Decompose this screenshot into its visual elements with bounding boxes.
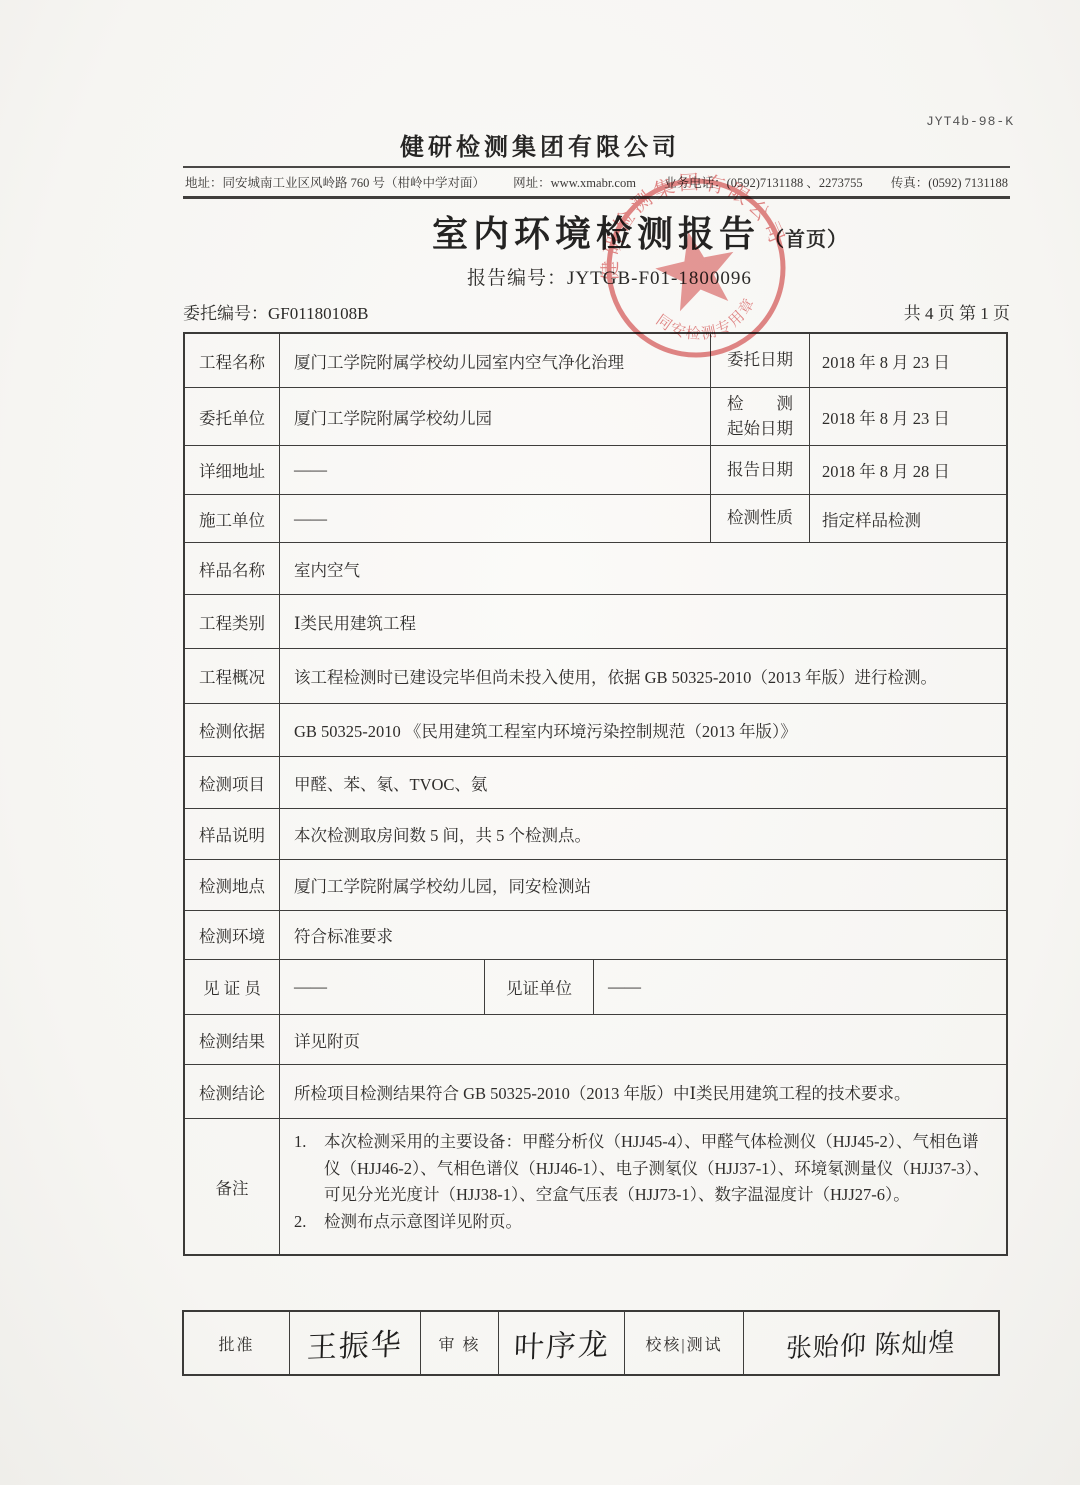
row-label: 委托单位 <box>185 388 280 445</box>
row-label: 详细地址 <box>185 446 280 494</box>
company-website: 网址：www.xmabr.com <box>513 173 636 191</box>
remark-number: 2. <box>294 1209 324 1236</box>
commission-number: 委托编号：GF01180108B <box>183 299 368 324</box>
check-signature: 张贻仰 陈灿煌 <box>786 1322 957 1365</box>
table-row-witness: 见 证 员 —— 见证单位 —— <box>185 959 1006 1014</box>
row-value: 厦门工学院附属学校幼儿园 <box>280 388 710 445</box>
remark-item: 2. 检测布点示意图详见附页。 <box>294 1209 990 1236</box>
row-value: 详见附页 <box>280 1015 1006 1064</box>
approve-label: 批准 <box>218 1332 254 1355</box>
row-right-label: 报告日期 <box>710 446 810 494</box>
table-row: 检测依据 GB 50325-2010 《民用建筑工程室内环境污染控制规范（201… <box>185 703 1006 756</box>
row-label: 样品名称 <box>185 543 280 594</box>
report-title-suffix: （首页） <box>764 229 848 251</box>
row-label: 检测结果 <box>185 1015 280 1064</box>
row-label: 见 证 员 <box>185 960 280 1014</box>
row-value: 符合标准要求 <box>280 911 1006 959</box>
row-label: 检测地点 <box>185 860 280 910</box>
witness-unit-value: —— <box>594 960 1006 1014</box>
row-value: 该工程检测时已建设完毕但尚未投入使用，依据 GB 50325-2010（2013… <box>280 649 1006 703</box>
report-title-main: 室内环境检测报告 <box>432 214 760 254</box>
table-row: 工程概况 该工程检测时已建设完毕但尚未投入使用，依据 GB 50325-2010… <box>185 648 1006 703</box>
row-right-value: 指定样品检测 <box>810 495 1006 542</box>
check-signature-cell: 张贻仰 陈灿煌 <box>743 1312 998 1374</box>
report-title: 室内环境检测报告 （首页） <box>0 206 1080 257</box>
row-value: 甲醛、苯、氡、TVOC、氨 <box>280 757 1006 808</box>
review-signature-cell: 叶序龙 <box>498 1312 624 1374</box>
table-row: 工程名称 厦门工学院附属学校幼儿园室内空气净化治理 委托日期 2018 年 8 … <box>185 334 1006 387</box>
row-label: 工程名称 <box>185 334 280 387</box>
signature-table: 批准 王振华 审 核 叶序龙 校核|测试 张贻仰 陈灿煌 <box>182 1310 1000 1376</box>
row-label: 施工单位 <box>185 495 280 542</box>
row-value: 本次检测取房间数 5 间，共 5 个检测点。 <box>280 809 1006 859</box>
table-row: 检测结果 详见附页 <box>185 1014 1006 1064</box>
row-value: 室内空气 <box>280 543 1006 594</box>
check-label-cell: 校核|测试 <box>624 1312 743 1374</box>
company-fax: 传真：(0592) 7131188 <box>891 173 1008 191</box>
page-count: 共 4 页 第 1 页 <box>904 299 1010 324</box>
row-right-label: 检测性质 <box>710 495 810 542</box>
remark-number: 1. <box>294 1129 324 1209</box>
table-row: 检测地点 厦门工学院附属学校幼儿园，同安检测站 <box>185 859 1006 910</box>
row-right-label: 委托日期 <box>710 334 810 387</box>
review-label-cell: 审 核 <box>420 1312 498 1374</box>
row-label: 检测项目 <box>185 757 280 808</box>
row-right-label-line1: 检 测 <box>727 392 793 417</box>
row-value: 厦门工学院附属学校幼儿园室内空气净化治理 <box>280 334 710 387</box>
row-label: 检测环境 <box>185 911 280 959</box>
table-row: 施工单位 —— 检测性质 指定样品检测 <box>185 494 1006 542</box>
table-row: 样品说明 本次检测取房间数 5 间，共 5 个检测点。 <box>185 808 1006 859</box>
row-right-label-line2: 起始日期 <box>727 417 793 442</box>
row-label: 检测结论 <box>185 1065 280 1118</box>
row-value: —— <box>280 446 710 494</box>
company-phone: 业务电话：(0592)7131188 、2273755 <box>664 173 863 191</box>
company-address: 地址：同安城南工业区风岭路 760 号（柑岭中学对面） <box>185 173 485 191</box>
report-number: 报告编号：JYTGB-F01-1800096 <box>467 263 752 290</box>
row-label: 备注 <box>185 1119 280 1254</box>
row-value: Ⅰ类民用建筑工程 <box>280 595 1006 648</box>
company-contact-bar: 地址：同安城南工业区风岭路 760 号（柑岭中学对面） 网址：www.xmabr… <box>183 166 1010 199</box>
row-right-value: 2018 年 8 月 23 日 <box>810 334 1006 387</box>
approve-signature: 王振华 <box>306 1319 403 1366</box>
remark-text: 检测布点示意图详见附页。 <box>324 1209 990 1236</box>
row-label: 检测依据 <box>185 704 280 756</box>
report-page: JYT4b-98-K 健研检测集团有限公司 地址：同安城南工业区风岭路 760 … <box>0 0 1080 1485</box>
table-row: 检测结论 所检项目检测结果符合 GB 50325-2010（2013 年版）中Ⅰ… <box>185 1064 1006 1118</box>
remark-item: 1. 本次检测采用的主要设备：甲醛分析仪（HJJ45-4）、甲醛气体检测仪（HJ… <box>294 1129 990 1209</box>
review-signature: 叶序龙 <box>513 1319 610 1366</box>
row-label: 样品说明 <box>185 809 280 859</box>
check-label: 校核|测试 <box>645 1332 722 1355</box>
row-right-value: 2018 年 8 月 23 日 <box>810 388 1006 445</box>
witness-unit-label: 见证单位 <box>484 960 594 1014</box>
row-label: 工程类别 <box>185 595 280 648</box>
row-value: —— <box>280 495 710 542</box>
remark-text: 本次检测采用的主要设备：甲醛分析仪（HJJ45-4）、甲醛气体检测仪（HJJ45… <box>324 1129 990 1209</box>
row-value: 所检项目检测结果符合 GB 50325-2010（2013 年版）中Ⅰ类民用建筑… <box>280 1065 1006 1118</box>
review-label: 审 核 <box>438 1332 480 1355</box>
approve-label-cell: 批准 <box>184 1312 289 1374</box>
table-row: 样品名称 室内空气 <box>185 542 1006 594</box>
commission-row: 委托编号：GF01180108B 共 4 页 第 1 页 <box>183 299 1010 324</box>
table-row: 检测环境 符合标准要求 <box>185 910 1006 959</box>
table-row: 详细地址 —— 报告日期 2018 年 8 月 28 日 <box>185 445 1006 494</box>
table-row-remarks: 备注 1. 本次检测采用的主要设备：甲醛分析仪（HJJ45-4）、甲醛气体检测仪… <box>185 1118 1006 1254</box>
row-value: 厦门工学院附属学校幼儿园，同安检测站 <box>280 860 1006 910</box>
report-main-table: 工程名称 厦门工学院附属学校幼儿园室内空气净化治理 委托日期 2018 年 8 … <box>183 332 1008 1256</box>
table-row: 委托单位 厦门工学院附属学校幼儿园 检 测 起始日期 2018 年 8 月 23… <box>185 387 1006 445</box>
row-label: 工程概况 <box>185 649 280 703</box>
remarks-content: 1. 本次检测采用的主要设备：甲醛分析仪（HJJ45-4）、甲醛气体检测仪（HJ… <box>280 1119 1006 1254</box>
row-right-value: 2018 年 8 月 28 日 <box>810 446 1006 494</box>
row-right-label: 检 测 起始日期 <box>710 388 810 445</box>
row-value: GB 50325-2010 《民用建筑工程室内环境污染控制规范（2013 年版）… <box>280 704 1006 756</box>
table-row: 检测项目 甲醛、苯、氡、TVOC、氨 <box>185 756 1006 808</box>
table-row: 工程类别 Ⅰ类民用建筑工程 <box>185 594 1006 648</box>
approve-signature-cell: 王振华 <box>289 1312 420 1374</box>
row-value: —— <box>280 960 484 1014</box>
company-name: 健研检测集团有限公司 <box>0 127 1080 162</box>
